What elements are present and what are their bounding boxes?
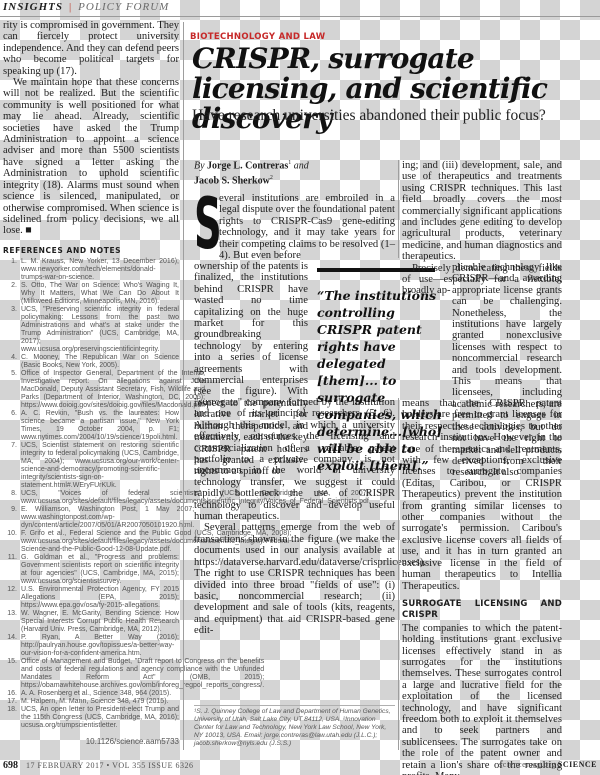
- author-affiliations: ¹S. J. Quinney College of Law and Depart…: [194, 708, 395, 748]
- reference-item: 17.M. Halpern, M. Mann, Science 348, 479…: [3, 698, 179, 706]
- reference-item: 18.UCS, An open letter to President-elec…: [3, 706, 179, 730]
- page-number: 698: [3, 760, 18, 771]
- doi-link[interactable]: 10.1126/science.aam5733: [3, 736, 179, 747]
- reference-item: 2.S. Otto, The War on Science: Who's Wag…: [3, 282, 179, 306]
- previous-article-column: rity is compromised in government. They …: [3, 20, 179, 748]
- article-body-right: means that the CRISPR patent holders are…: [402, 398, 562, 775]
- reference-item: 14.P. Ryan, A Better Way (2016); http://…: [3, 634, 179, 658]
- page-footer: 698 17 FEBRUARY 2017 • VOL 355 ISSUE 632…: [3, 760, 597, 771]
- paragraph: We maintain hope that these concerns wil…: [3, 77, 179, 237]
- paragraph: Several patterns emerge from the web of …: [194, 522, 395, 636]
- reference-item: 11.G. Goldman et al., "Progress and prob…: [3, 554, 179, 586]
- section-label: INSIGHTS: [3, 1, 63, 13]
- reference-item: 3.UCS, "Preserving scientific integrity …: [3, 306, 179, 354]
- header-separator: |: [69, 1, 72, 13]
- paragraph: rity is compromised in government. They …: [3, 20, 179, 77]
- reference-item: 8.UCS, "Voices of federal scientists" (U…: [3, 490, 179, 506]
- footnote-rule: [194, 705, 395, 706]
- column-divider: [183, 22, 184, 750]
- article-deck: Have research universities abandoned the…: [192, 107, 592, 125]
- reference-item: 15.Office of Management and Budget, "Dra…: [3, 658, 179, 690]
- references-list: 1.L. M. Krauss, New Yorker, 13 December …: [3, 258, 179, 730]
- reference-item: 16.A. A. Rosenberg et al., Science 348, …: [3, 690, 179, 698]
- author-name: Jorge L. Contreras: [207, 160, 288, 171]
- reference-item: 12.U.S. Environmental Protection Agency,…: [3, 586, 179, 610]
- reference-item: 13.W. Wagner, E. McGarity, Bending Scien…: [3, 610, 179, 634]
- reference-item: 1.L. M. Krauss, New Yorker, 13 December …: [3, 258, 179, 282]
- reference-item: 6.A. C. Revkin, "Bush vs. the laureates:…: [3, 410, 179, 442]
- reference-item: 4.C. Mooney, The Republican War on Scien…: [3, 354, 179, 370]
- reference-item: 9.E. Williamson, Washington Post, 1 May …: [3, 506, 179, 530]
- drop-cap: S: [194, 192, 208, 262]
- reference-item: 10.F. Grifo et al., Federal Science and …: [3, 530, 179, 554]
- reference-item: 7.UCS, Scientist statement on restoring …: [3, 442, 179, 490]
- header-rule: [0, 16, 600, 17]
- journal-name: SCIENCE: [558, 760, 597, 769]
- section-subhead: SURROGATE LICENSING AND CRISPR: [402, 599, 562, 622]
- issue-info: 17 FEBRUARY 2017 • VOL 355 ISSUE 6326: [26, 761, 193, 770]
- site-link[interactable]: sciencemag.org: [499, 760, 556, 769]
- paragraph: ing; and (iii) development, sale, and us…: [402, 160, 562, 263]
- column-divider: [398, 160, 399, 258]
- article-kicker: BIOTECHNOLOGY AND LAW: [190, 32, 325, 42]
- references-heading: REFERENCES AND NOTES: [3, 245, 179, 256]
- reference-item: 5.Office of Inspector General, Departmen…: [3, 370, 179, 410]
- page-header: INSIGHTS|POLICY FORUM: [3, 1, 597, 17]
- subsection-label: POLICY FORUM: [78, 1, 169, 13]
- article-body-intro: everal institutions are embroiled in a l…: [219, 193, 395, 261]
